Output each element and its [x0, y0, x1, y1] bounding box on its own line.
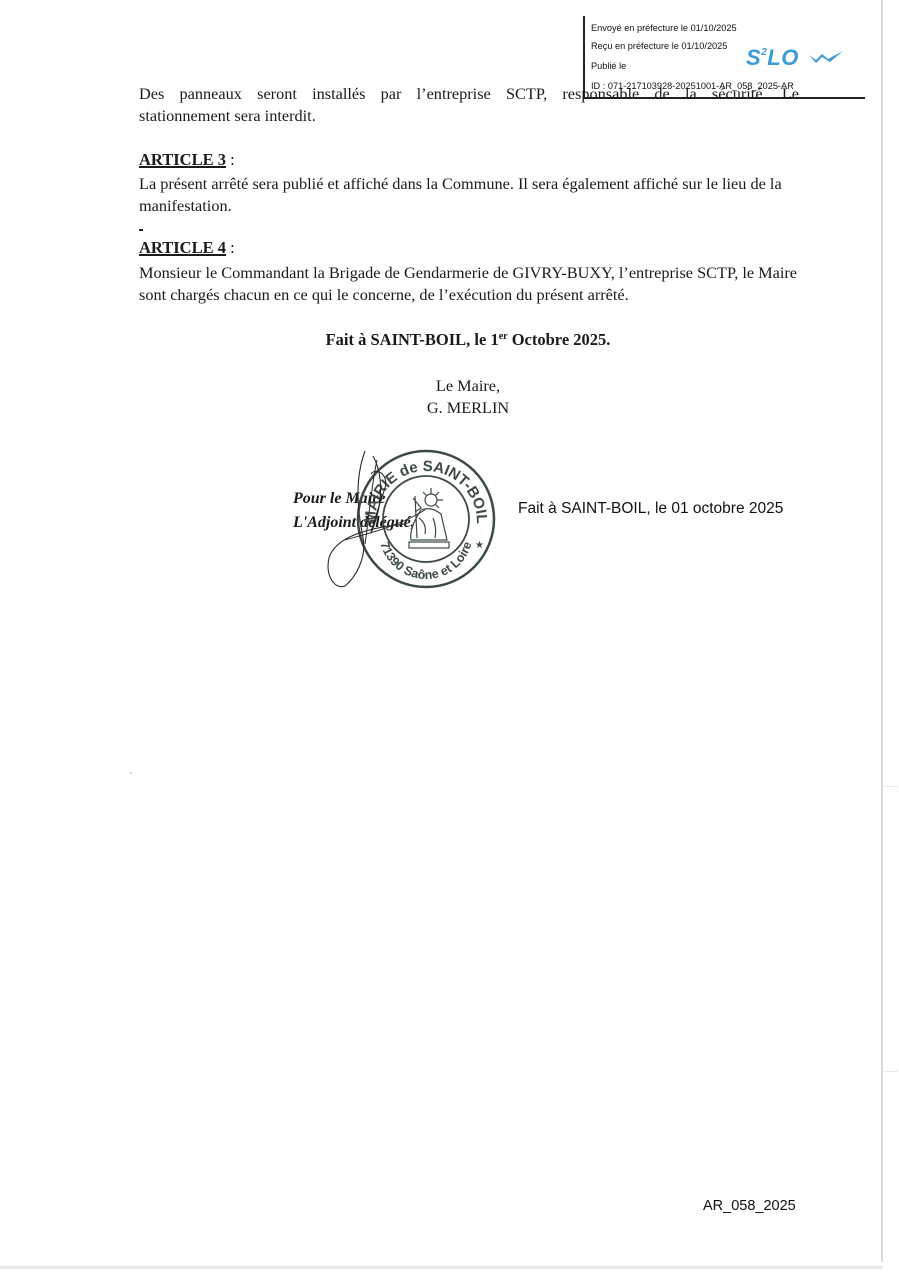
- article-3-title: ARTICLE 3: [139, 150, 226, 169]
- signature-date: Fait à SAINT-BOIL, le 01 octobre 2025: [518, 500, 783, 518]
- article-4-colon: :: [226, 238, 235, 257]
- article-3-colon: :: [226, 150, 235, 169]
- mayor-block: Le Maire, G. MERLIN: [0, 375, 899, 419]
- svg-text:★: ★: [475, 540, 484, 551]
- article-4-text: Monsieur le Commandant la Brigade de Gen…: [139, 262, 799, 306]
- stray-mark: [139, 229, 143, 231]
- scan-artifact: [884, 1071, 898, 1072]
- s2low-logo-text: S2LO: [746, 45, 799, 71]
- made-at-suffix: Octobre 2025.: [508, 330, 611, 349]
- scan-speck: [130, 772, 132, 774]
- mayor-name: G. MERLIN: [0, 397, 899, 419]
- mayor-title: Le Maire,: [0, 375, 899, 397]
- made-at-line: Fait à SAINT-BOIL, le 1er Octobre 2025.: [0, 330, 899, 350]
- scan-artifact: [884, 786, 898, 787]
- published-label: Publié le: [591, 61, 626, 71]
- article-2-tail: Des panneaux seront installés par l’entr…: [139, 83, 799, 127]
- handwritten-signature: [315, 448, 435, 593]
- made-at-prefix: Fait à SAINT-BOIL, le 1: [326, 330, 499, 349]
- article-4-heading: ARTICLE 4 :: [139, 238, 235, 258]
- s2low-wing-icon: [808, 49, 844, 65]
- document-reference: AR_058_2025: [703, 1198, 796, 1214]
- sent-date: Envoyé en préfecture le 01/10/2025: [591, 23, 737, 33]
- article-2-line-2: stationnement sera interdit.: [139, 105, 799, 127]
- s2low-logo: S2LO: [746, 43, 846, 73]
- page-edge-bottom: [0, 1266, 883, 1269]
- article-2-line-1: Des panneaux seront installés par l’entr…: [139, 83, 799, 105]
- article-3-heading: ARTICLE 3 :: [139, 150, 235, 170]
- page-edge-right: [881, 0, 883, 1262]
- article-4-title: ARTICLE 4: [139, 238, 226, 257]
- article-3-text: La présent arrêté sera publié et affiché…: [139, 173, 799, 217]
- made-at-sup: er: [499, 331, 508, 342]
- received-date: Reçu en préfecture le 01/10/2025: [591, 41, 727, 51]
